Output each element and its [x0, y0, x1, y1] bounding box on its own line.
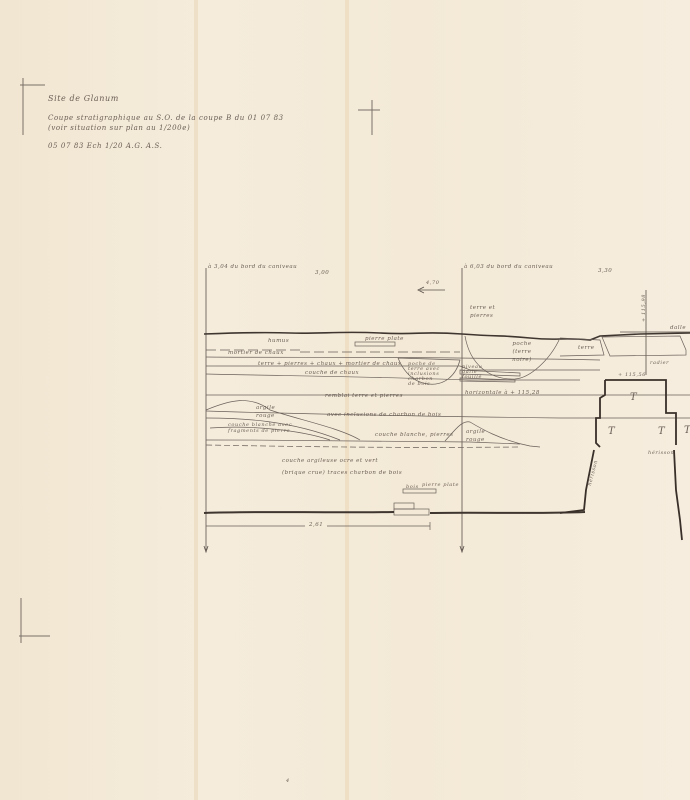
wall-block-label: T: [684, 425, 690, 436]
layer-label: couche blanche, pierres: [375, 432, 453, 438]
layer-label: couche blanche avec fragments de pierre: [228, 422, 308, 434]
date-scale-authors: 05 07 83 Ech 1/20 A.G. A.S.: [48, 142, 162, 150]
registration-mark: [358, 100, 380, 135]
herisson-right-label: hérisson: [648, 450, 674, 456]
layer-label: bois: [406, 484, 419, 490]
layer-label: radier: [650, 360, 669, 366]
layer-label: poche de terre avec inclusions charbon d…: [408, 362, 442, 387]
layer-label: terre et pierres: [470, 304, 500, 320]
level-horizontal: horizontale à + 115,28: [465, 390, 540, 396]
section-title-line2: (voir situation sur plan au 1/200e): [48, 124, 190, 132]
layer-label: couche de chaux: [305, 370, 359, 376]
site-title: Site de Glanum: [48, 94, 119, 103]
registration-mark: [19, 598, 50, 643]
dalle-label: dalle: [670, 325, 686, 331]
page-number: 4: [286, 778, 290, 784]
layer-label: pierre plate: [365, 336, 404, 342]
arrow-label: 4,70: [426, 280, 440, 286]
layer-label: humus: [268, 338, 289, 344]
layer-label: terre: [578, 345, 594, 351]
drawing-sheet: Site de Glanum Coupe stratigraphique au …: [0, 0, 690, 800]
bottom-dimension: 2,61: [305, 522, 327, 528]
right-distance: 3,30: [598, 268, 612, 274]
left-reference: à 3,04 du bord du caniveau: [208, 264, 297, 270]
layer-label: pierre plate: [422, 482, 459, 488]
level-wall-top: + 115,56: [618, 372, 646, 378]
wall-block-label: T: [658, 426, 665, 437]
wall-block-label: T: [630, 392, 637, 403]
section-title-line1: Coupe stratigraphique au S.O. de la coup…: [48, 114, 284, 122]
layer-label: niveau dalle fouillé: [462, 365, 494, 380]
layer-label: terre + pierres + chaux + mortier de cha…: [258, 361, 402, 367]
layer-label: avec inclusions de charbon de bois: [327, 412, 441, 418]
layer-label: couche argileuse ocre et vert: [282, 458, 378, 464]
vertical-dimension: + 115,98: [641, 294, 647, 322]
layer-label: remblai terre et pierres: [325, 393, 403, 399]
layer-label: poche (terre noire): [502, 340, 542, 364]
layer-label: argile rouge: [466, 428, 494, 444]
registration-mark: [20, 78, 45, 135]
layer-label: argile rouge: [256, 404, 286, 420]
left-distance: 3,00: [315, 270, 329, 276]
layer-label: mortier de chaux: [228, 350, 284, 356]
mid-reference: à 6,03 du bord du caniveau: [464, 264, 553, 270]
wall-block-label: T: [608, 426, 615, 437]
layer-label: (brique crue) traces charbon de bois: [282, 470, 402, 476]
